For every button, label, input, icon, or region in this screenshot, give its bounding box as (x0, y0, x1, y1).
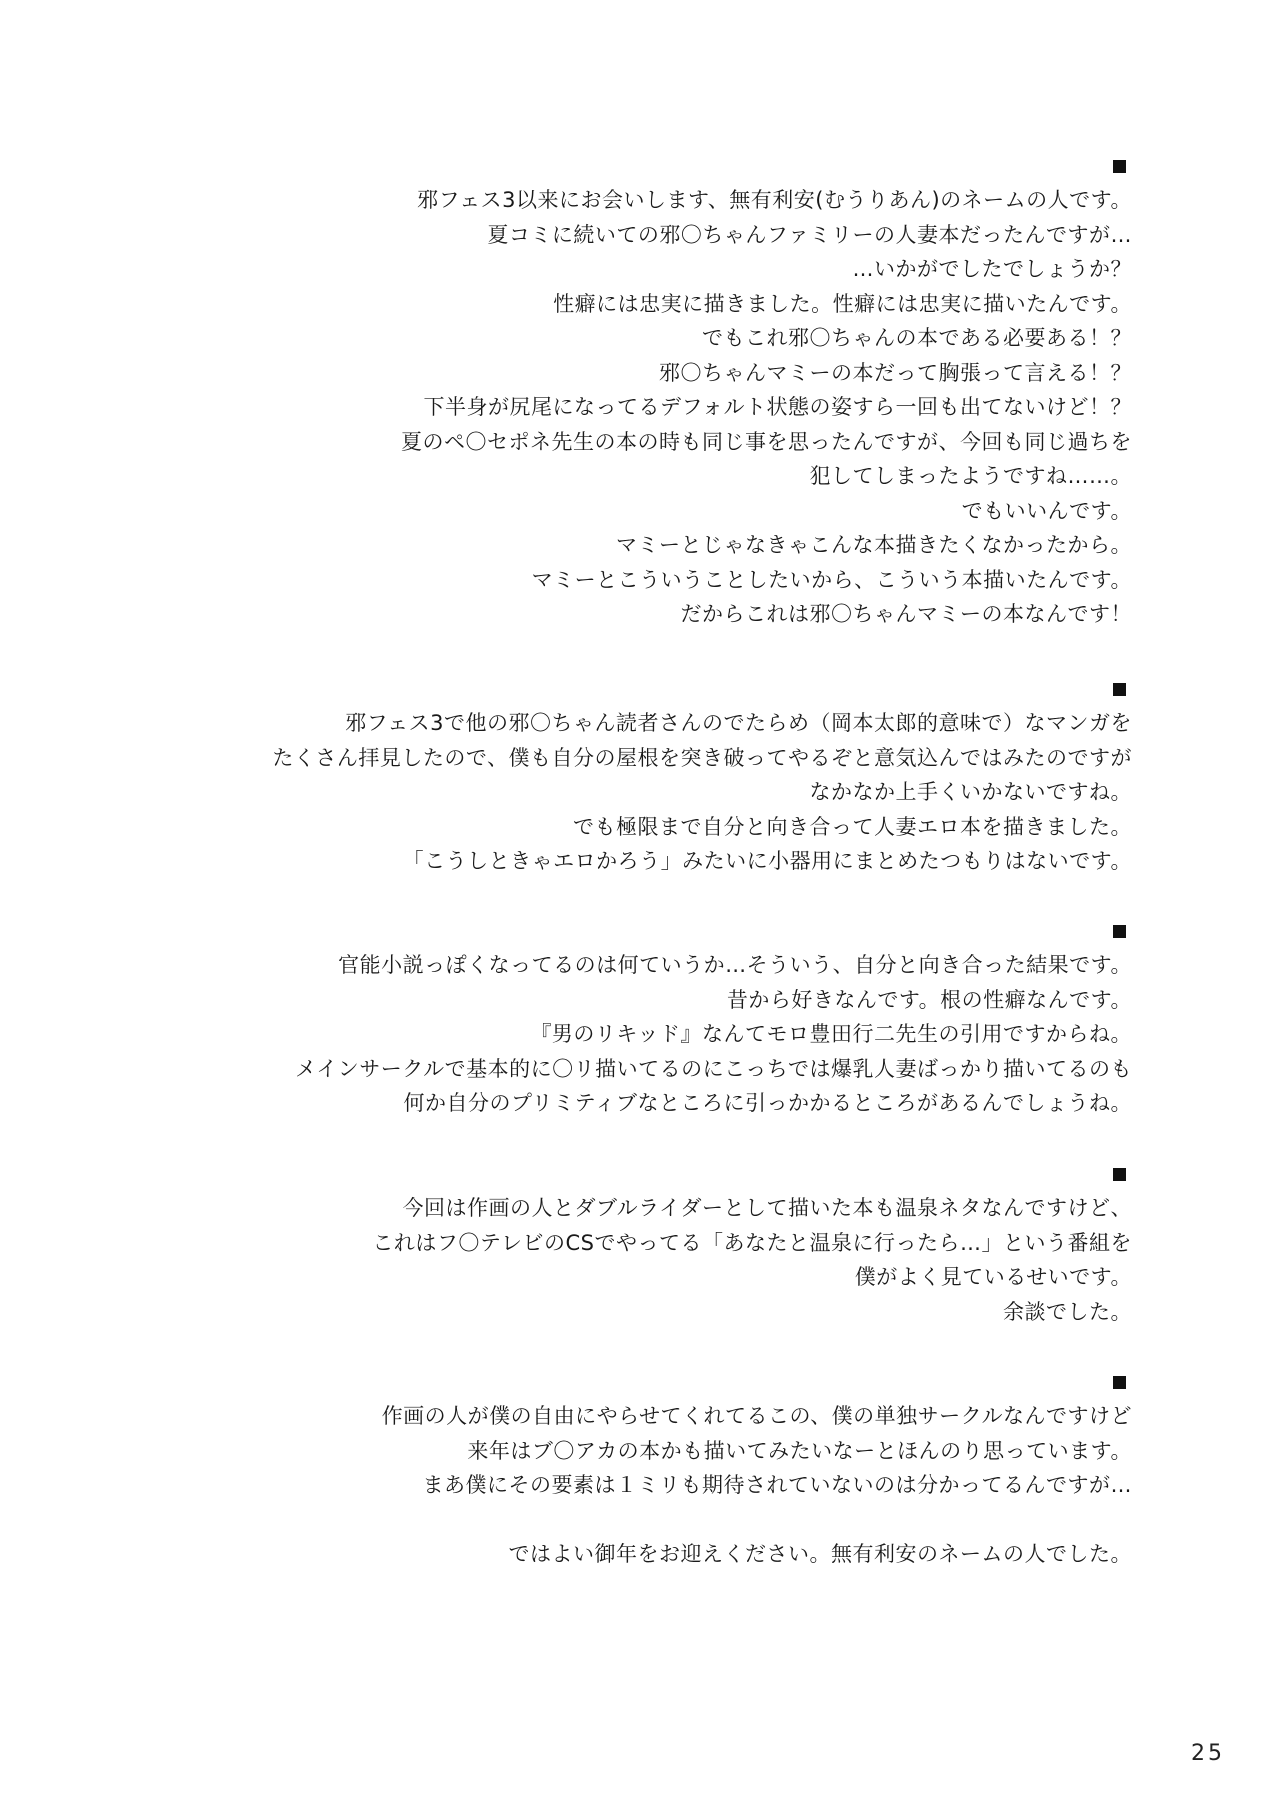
text-line: 「こうしときゃエロかろう」みたいに小器用にまとめたつもりはないです。 (272, 844, 1132, 879)
blank-line (382, 1503, 1132, 1538)
text-line: 邪フェス3以来にお会いします、無有利安(むうりあん)のネームの人です。 (401, 183, 1132, 218)
afterword-section-5: 作画の人が僕の自由にやらせてくれてるこの、僕の単独サークルなんですけど 来年はブ… (382, 1376, 1132, 1572)
text-line: 今回は作画の人とダブルライダーとして描いた本も温泉ネタなんですけど、 (372, 1191, 1132, 1226)
text-line: 昔から好きなんです。根の性癖なんです。 (295, 983, 1132, 1018)
text-line: マミーとこういうことしたいから、こういう本描いたんです。 (401, 563, 1132, 598)
text-line: 邪フェス3で他の邪〇ちゃん読者さんのでたらめ（岡本太郎的意味で）なマンガを (272, 706, 1132, 741)
text-line: 邪〇ちゃんマミーの本だって胸張って言える！？ (401, 356, 1132, 391)
text-line: 夏のペ〇セポネ先生の本の時も同じ事を思ったんですが、今回も同じ過ちを (401, 425, 1132, 460)
text-line: たくさん拝見したので、僕も自分の屋根を突き破ってやるぞと意気込んではみたのですが (272, 741, 1132, 776)
text-line: まあ僕にその要素は１ミリも期待されていないのは分かってるんですが… (382, 1468, 1132, 1503)
text-line: 夏コミに続いての邪〇ちゃんファミリーの人妻本だったんですが… (401, 218, 1132, 253)
text-line: 官能小説っぽくなってるのは何ていうか…そういう、自分と向き合った結果です。 (295, 948, 1132, 983)
text-line: なかなか上手くいかないですね。 (272, 775, 1132, 810)
section-marker-icon (1113, 1376, 1126, 1389)
afterword-section-4: 今回は作画の人とダブルライダーとして描いた本も温泉ネタなんですけど、 これはフ〇… (372, 1168, 1132, 1329)
afterword-section-2: 邪フェス3で他の邪〇ちゃん読者さんのでたらめ（岡本太郎的意味で）なマンガを たく… (272, 683, 1132, 879)
text-line: …いかがでしたでしょうか？ (401, 252, 1132, 287)
afterword-page: 邪フェス3以来にお会いします、無有利安(むうりあん)のネームの人です。 夏コミに… (0, 0, 1280, 1807)
text-line: メインサークルで基本的に〇リ描いてるのにこっちでは爆乳人妻ばっかり描いてるのも (295, 1052, 1132, 1087)
afterword-section-1: 邪フェス3以来にお会いします、無有利安(むうりあん)のネームの人です。 夏コミに… (401, 160, 1132, 632)
text-line: 犯してしまったようですね……。 (401, 459, 1132, 494)
text-line: 作画の人が僕の自由にやらせてくれてるこの、僕の単独サークルなんですけど (382, 1399, 1132, 1434)
text-line: 来年はブ〇アカの本かも描いてみたいなーとほんのり思っています。 (382, 1434, 1132, 1469)
text-line: 僕がよく見ているせいです。 (372, 1260, 1132, 1295)
text-line: 何か自分のプリミティブなところに引っかかるところがあるんでしょうね。 (295, 1086, 1132, 1121)
section-marker-icon (1113, 683, 1126, 696)
text-line: 『男のリキッド』なんてモロ豊田行二先生の引用ですからね。 (295, 1017, 1132, 1052)
text-line: 下半身が尻尾になってるデフォルト状態の姿すら一回も出てないけど！？ (401, 390, 1132, 425)
section-marker-icon (1113, 1168, 1126, 1181)
text-line: これはフ〇テレビのCSでやってる「あなたと温泉に行ったら…」という番組を (372, 1226, 1132, 1261)
text-line: 余談でした。 (372, 1295, 1132, 1330)
text-line: マミーとじゃなきゃこんな本描きたくなかったから。 (401, 528, 1132, 563)
afterword-section-3: 官能小説っぽくなってるのは何ていうか…そういう、自分と向き合った結果です。 昔か… (295, 925, 1132, 1121)
section-marker-icon (1113, 925, 1126, 938)
text-line: だからこれは邪〇ちゃんマミーの本なんです！ (401, 597, 1132, 632)
text-line: でも極限まで自分と向き合って人妻エロ本を描きました。 (272, 810, 1132, 845)
text-line: でもこれ邪〇ちゃんの本である必要ある！？ (401, 321, 1132, 356)
page-number: 25 (1191, 1741, 1225, 1766)
text-line: でもいいんです。 (401, 494, 1132, 529)
closing-line: ではよい御年をお迎えください。無有利安のネームの人でした。 (382, 1537, 1132, 1572)
text-line: 性癖には忠実に描きました。性癖には忠実に描いたんです。 (401, 287, 1132, 322)
section-marker-icon (1113, 160, 1126, 173)
